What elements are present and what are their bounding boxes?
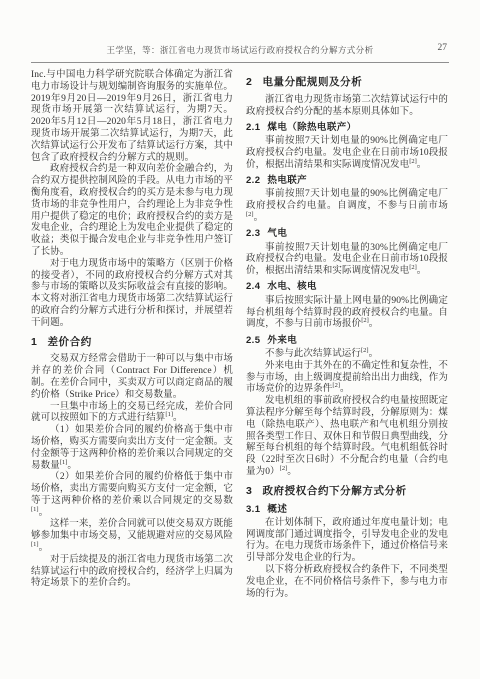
- paragraph: 不参与此次结算试运行[2]。: [246, 349, 448, 361]
- paragraph: 事前按照7天计划电量的90%比例确定电厂政府授权合约电量。发电企业在日前市场10…: [246, 136, 448, 171]
- heading-number: 2.5: [246, 335, 260, 346]
- heading-title: 气电: [267, 228, 287, 239]
- section-heading: 3政府授权合约下分解方式分析: [246, 486, 448, 498]
- subsection-heading: 2.4水电、核电: [246, 281, 448, 293]
- citation-marker: [1]: [31, 506, 39, 513]
- subsection-heading: 2.1煤电（除热电联产）: [246, 122, 448, 134]
- heading-title: 差价合约: [47, 336, 91, 348]
- citation-marker: [1]: [165, 411, 173, 418]
- citation-marker: [1]: [31, 541, 39, 548]
- paragraph-text: 以下将分析政府授权合约条件下，不同类型发电企业，在不同价格信号条件下，参与电力市…: [246, 565, 448, 599]
- heading-title: 电量分配规则及分析: [262, 76, 362, 88]
- section-heading: 2电量分配规则及分析: [246, 77, 448, 89]
- subsection-heading: 3.1概述: [246, 504, 448, 516]
- paragraph-text: 。: [369, 319, 379, 329]
- heading-title: 外来电: [267, 335, 297, 346]
- paragraph-text: 。: [417, 160, 427, 170]
- paragraph-text: 发电机组的事前政府授权合约电量按照既定算法程序分解至每个结算时段，分解原则为：煤…: [246, 396, 448, 477]
- citation-marker: [2]: [246, 211, 254, 218]
- paragraph: 一旦集中市场上的交易已经完成，差价合同就可以按照如下的方式进行结算[1]。: [31, 402, 233, 426]
- paragraph-text: （2）如果差价合同的履约价格低于集中市场价格，卖出方需要向购买方支付一定金额，它…: [31, 472, 233, 506]
- subsection-heading: 2.2热电联产: [246, 175, 448, 187]
- paragraph-text: Inc.与中国电力科学研究院联合体确定为浙江省电力市场设计与规划编制咨询服务的实…: [31, 70, 233, 163]
- heading-title: 煤电（除热电联产）: [267, 122, 356, 133]
- paragraph: 以下将分析政府授权合约条件下，不同类型发电企业，在不同价格信号条件下，参与电力市…: [246, 565, 448, 600]
- heading-number: 2.2: [246, 175, 260, 186]
- paragraph-text: 。: [173, 413, 183, 423]
- paragraph-text: 。: [39, 508, 49, 518]
- citation-marker: [2]: [361, 347, 369, 354]
- paper-page: 王学坚，等：浙江省电力现货市场试运行政府授权合约分解方式分析 27 Inc.与中…: [0, 0, 480, 679]
- paragraph-text: 一旦集中市场上的交易已经完成，差价合同就可以按照如下的方式进行结算: [31, 402, 233, 424]
- header-rule: [31, 62, 449, 63]
- heading-title: 概述: [267, 504, 287, 515]
- content-columns: Inc.与中国电力科学研究院联合体确定为浙江省电力市场设计与规划编制咨询服务的实…: [31, 70, 449, 600]
- paragraph-text: 事前按照7天计划电量的90%比例确定电厂政府授权合约电量。自调度，不参与日前市场: [246, 189, 448, 211]
- heading-title: 政府授权合约下分解方式分析: [262, 485, 406, 497]
- paragraph: Inc.与中国电力科学研究院联合体确定为浙江省电力市场设计与规划编制咨询服务的实…: [31, 70, 233, 164]
- paragraph: 交易双方经常会借助于一种可以与集中市场并存的差价合同（Contract For …: [31, 354, 233, 401]
- paragraph: 在计划体制下，政府通过年度电量计划；电网调度部门通过调度指令，引导发电企业的发电…: [246, 518, 448, 565]
- page-header: 王学坚，等：浙江省电力现货市场试运行政府授权合约分解方式分析 27: [31, 44, 449, 57]
- paragraph-text: 政府授权合约是一种双向差价金融合约，为合约双方提供控制风险的手段。从电力市场的平…: [31, 164, 233, 257]
- citation-marker: [2]: [409, 264, 417, 271]
- paragraph: 对于后续提及的浙江省电力现货市场第二次结算试运行中的政府授权合约，经济学上归属为…: [31, 555, 233, 590]
- paragraph-text: 这样一来，差价合同就可以使交易双方既能够参加集中市场交易，又能规避对应的交易风险: [31, 519, 233, 541]
- paragraph: 这样一来，差价合同就可以使交易双方既能够参加集中市场交易，又能规避对应的交易风险…: [31, 519, 233, 554]
- paragraph: 浙江省电力现货市场第二次结算试运行中的政府授权合约分配的基本原则具体如下。: [246, 95, 448, 119]
- subsection-heading: 2.5外来电: [246, 335, 448, 347]
- paragraph-text: 事后按照实际计量上网电量的90%比例确定每台机组每个结算时段的政府授权合约电量。…: [246, 296, 448, 330]
- page-number: 27: [438, 43, 448, 53]
- paragraph: 事前按照7天计划电量的90%比例确定电厂政府授权合约电量。自调度，不参与日前市场…: [246, 189, 448, 224]
- heading-number: 1: [31, 336, 37, 348]
- paragraph-text: 。: [369, 349, 379, 359]
- paragraph: 政府授权合约是一种双向差价金融合约，为合约双方提供控制风险的手段。从电力市场的平…: [31, 164, 233, 258]
- left-column: Inc.与中国电力科学研究院联合体确定为浙江省电力市场设计与规划编制咨询服务的实…: [31, 70, 233, 600]
- paragraph: （1）如果差价合同的履约价格高于集中市场价格，购买方需要向卖出方支付一定金额。支…: [31, 425, 233, 472]
- citation-marker: [2]: [361, 317, 369, 324]
- paragraph-text: 。: [254, 213, 264, 223]
- right-column: 2电量分配规则及分析浙江省电力现货市场第二次结算试运行中的政府授权合约分配的基本…: [246, 70, 448, 600]
- heading-number: 2.4: [246, 281, 260, 292]
- paragraph-text: 交易双方经常会借助于一种可以与集中市场并存的差价合同（Contract For …: [31, 354, 233, 399]
- running-title: 王学坚，等：浙江省电力现货市场试运行政府授权合约分解方式分析: [31, 44, 449, 56]
- heading-number: 2.1: [246, 122, 260, 133]
- citation-marker: [2]: [409, 158, 417, 165]
- paragraph: 事后按照实际计量上网电量的90%比例确定每台机组每个结算时段的政府授权合约电量。…: [246, 296, 448, 331]
- citation-marker: [2]: [332, 382, 340, 389]
- paragraph: 发电机组的事前政府授权合约电量按照既定算法程序分解至每个结算时段，分解原则为：煤…: [246, 396, 448, 479]
- heading-title: 热电联产: [267, 175, 307, 186]
- paragraph-text: 不参与此次结算试运行: [265, 349, 361, 359]
- heading-number: 2.3: [246, 228, 260, 239]
- paragraph-text: 。: [67, 461, 77, 471]
- paragraph: 对于电力现货市场中的策略方（区别于价格的接受者），不同的政府授权合约分解方式对其…: [31, 259, 233, 330]
- paragraph-text: 。: [39, 543, 49, 553]
- paragraph-text: 对于电力现货市场中的策略方（区别于价格的接受者），不同的政府授权合约分解方式对其…: [31, 259, 233, 328]
- paragraph-text: 对于后续提及的浙江省电力现货市场第二次结算试运行中的政府授权合约，经济学上归属为…: [31, 555, 233, 589]
- section-heading: 1差价合约: [31, 337, 233, 349]
- heading-number: 3.1: [246, 504, 260, 515]
- paragraph-text: 在计划体制下，政府通过年度电量计划；电网调度部门通过调度指令，引导发电企业的发电…: [246, 518, 448, 563]
- paragraph-text: 。: [417, 266, 427, 276]
- paragraph: 外来电由于其外在的不确定性和复杂性，不参与市场，由上级调度提前给出出力曲线，作为…: [246, 361, 448, 396]
- paragraph: 事前按照7天计划电量的30%比例确定电厂政府授权合约电量。发电企业在日前市场10…: [246, 243, 448, 278]
- paragraph: （2）如果差价合同的履约价格低于集中市场价格，卖出方需要向购买方支付一定金额，它…: [31, 472, 233, 519]
- heading-title: 水电、核电: [267, 281, 317, 292]
- paragraph-text: 。: [340, 384, 350, 394]
- paragraph-text: 。: [287, 467, 297, 477]
- heading-number: 2: [246, 76, 252, 88]
- heading-number: 3: [246, 485, 252, 497]
- subsection-heading: 2.3气电: [246, 228, 448, 240]
- paragraph-text: 浙江省电力现货市场第二次结算试运行中的政府授权合约分配的基本原则具体如下。: [246, 95, 448, 117]
